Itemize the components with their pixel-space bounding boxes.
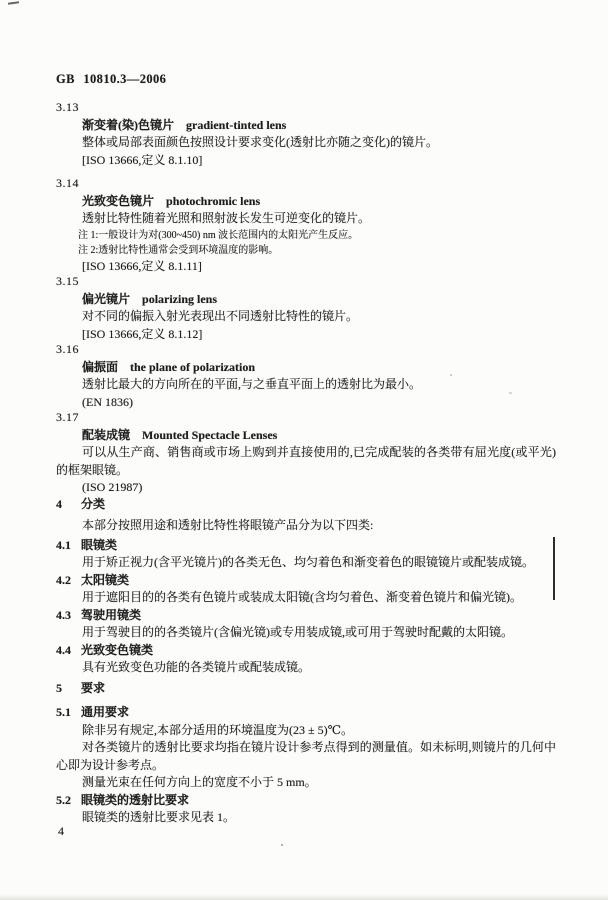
page-number: 4 (58, 824, 64, 839)
term-definition: 对不同的偏振入射光表现出不同透射比特性的镜片。 (56, 308, 556, 326)
term-note-2: 注 2:透射比特性通常会受到环境温度的影响。 (78, 243, 556, 258)
clause-number: 3.16 (56, 341, 556, 359)
standard-number-header: GB 10810.3—2006 (56, 72, 556, 86)
term-section-3-16: 3.16 偏振面the plane of polarization 透射比最大的… (56, 341, 556, 411)
subsection-title: 眼镜类 (81, 538, 117, 552)
term-english: polarizing lens (142, 292, 217, 306)
subsection-5-1-heading: 5.1通用要求 (56, 704, 556, 722)
subsection-number: 5.2 (56, 793, 71, 807)
scan-artifact-dash (8, 1, 19, 5)
chapter-5-heading: 5要求 (56, 680, 556, 698)
subsection-number: 4.3 (56, 608, 71, 622)
term-chinese: 配装成镜 (82, 428, 130, 442)
subsection-title: 光致变色镜类 (81, 643, 153, 657)
chapter-4-heading: 4分类 (56, 496, 556, 514)
chapter-title: 要求 (81, 681, 105, 695)
subsection-number: 4.1 (56, 538, 71, 552)
term-section-3-15: 3.15 偏光镜片polarizing lens 对不同的偏振入射光表现出不同透… (56, 273, 556, 343)
term-definition: 可以从生产商、销售商或市场上购到并直接使用的,已完成配装的各类带有屈光度(或平光… (56, 444, 556, 479)
subsection-4-1-heading: 4.1眼镜类 (56, 537, 556, 555)
chapter-number: 4 (56, 497, 62, 511)
subsection-4-2-heading: 4.2太阳镜类 (56, 572, 556, 590)
chapter-4-intro: 本部分按照用途和透射比特性将眼镜产品分为以下四类: (56, 517, 556, 535)
scan-bottom-edge-shadow (0, 894, 608, 900)
subsection-5-1-paragraph-2: 对各类镜片的透射比要求均指在镜片设计参考点得到的测量值。如未标明,则镜片的几何中… (56, 739, 556, 774)
term-chinese: 偏光镜片 (82, 292, 130, 306)
term-english: Mounted Spectacle Lenses (142, 428, 277, 442)
term-definition: 透射比特性随着光照和照射波长发生可逆变化的镜片。 (56, 210, 556, 228)
subsection-5-1-paragraph-3: 测量光束在任何方向上的宽度不小于 5 mm。 (56, 774, 556, 792)
term-definition: 整体或局部表面颜色按照设计要求变化(透射比亦随之变化)的镜片。 (56, 134, 556, 152)
term-section-3-17: 3.17 配装成镜Mounted Spectacle Lenses 可以从生产商… (56, 409, 556, 497)
term-chinese: 光致变色镜片 (82, 194, 154, 208)
subsection-5-2-paragraph-1: 眼镜类的透射比要求见表 1。 (56, 809, 556, 827)
clause-number: 3.15 (56, 273, 556, 291)
term-chinese: 偏振面 (82, 360, 118, 374)
term-title: 偏光镜片polarizing lens (82, 291, 556, 309)
subsection-4-2-body: 用于遮阳目的的各类有色镜片或装成太阳镜(含均匀着色、渐变着色镜片和偏光镜)。 (56, 589, 556, 607)
chapter-number: 5 (56, 681, 62, 695)
subsection-number: 4.4 (56, 643, 71, 657)
term-title: 渐变着(染)色镜片gradient-tinted lens (82, 117, 556, 135)
term-section-3-13: 3.13 渐变着(染)色镜片gradient-tinted lens 整体或局部… (56, 99, 556, 169)
subsection-number: 5.1 (56, 705, 71, 719)
term-chinese: 渐变着(染)色镜片 (82, 118, 174, 132)
term-english: photochromic lens (166, 194, 260, 208)
scan-artifact-speck (450, 374, 452, 376)
term-title: 光致变色镜片photochromic lens (82, 193, 556, 211)
subsection-5-1-paragraph-1: 除非另有规定,本部分适用的环境温度为(23 ± 5)℃。 (56, 722, 556, 740)
subsection-5-2-heading: 5.2眼镜类的透射比要求 (56, 792, 556, 810)
subsection-4-1-body: 用于矫正视力(含平光镜片)的各类无色、均匀着色和渐变着色的眼镜镜片或配装成镜。 (56, 554, 556, 572)
term-section-3-14: 3.14 光致变色镜片photochromic lens 透射比特性随着光照和照… (56, 175, 556, 275)
page-content: GB 10810.3—2006 3.13 渐变着(染)色镜片gradient-t… (56, 72, 556, 827)
subsection-4-4-heading: 4.4光致变色镜类 (56, 642, 556, 660)
clause-number: 3.14 (56, 175, 556, 193)
term-title: 配装成镜Mounted Spectacle Lenses (82, 427, 556, 445)
term-english: the plane of polarization (130, 360, 255, 374)
scan-artifact-vertical-line (553, 537, 555, 600)
term-source-ref: [ISO 13666,定义 8.1.10] (82, 152, 556, 170)
term-title: 偏振面the plane of polarization (82, 359, 556, 377)
scanned-document-page: GB 10810.3—2006 3.13 渐变着(染)色镜片gradient-t… (0, 0, 608, 900)
subsection-4-3-heading: 4.3驾驶用镜类 (56, 607, 556, 625)
subsection-4-3-body: 用于驾驶目的的各类镜片(含偏光镜)或专用装成镜,或可用于驾驶时配戴的太阳镜。 (56, 624, 556, 642)
term-source-ref: (ISO 21987) (82, 479, 556, 497)
term-definition: 透射比最大的方向所在的平面,与之垂直平面上的透射比为最小。 (56, 376, 556, 394)
scan-artifact-speck (281, 844, 283, 846)
clause-number: 3.13 (56, 99, 556, 117)
term-english: gradient-tinted lens (186, 118, 286, 132)
term-note-1: 注 1:一般设计为对(300~450) nm 波长范围内的太阳光产生反应。 (78, 228, 556, 243)
clause-number: 3.17 (56, 409, 556, 427)
subsection-title: 驾驶用镜类 (81, 608, 141, 622)
chapter-title: 分类 (81, 497, 105, 511)
scan-artifact-speck (509, 392, 512, 394)
subsection-4-4-body: 具有光致变色功能的各类镜片或配装成镜。 (56, 659, 556, 677)
subsection-title: 通用要求 (81, 705, 129, 719)
subsection-title: 眼镜类的透射比要求 (81, 793, 189, 807)
subsection-title: 太阳镜类 (81, 573, 129, 587)
subsection-number: 4.2 (56, 573, 71, 587)
